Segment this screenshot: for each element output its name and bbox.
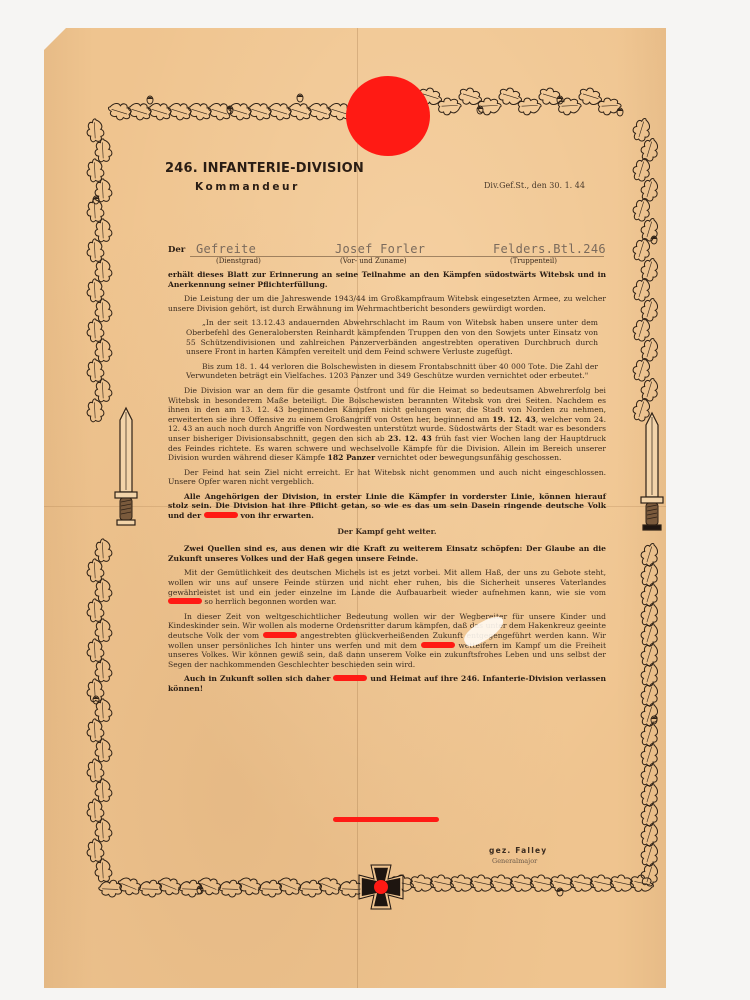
- intro-paragraph: erhält dieses Blatt zur Erinnerung an se…: [168, 270, 606, 289]
- quote-paragraph-2: Bis zum 18. 1. 44 verloren die Bolschewi…: [186, 362, 598, 381]
- document-body: erhält dieses Blatt zur Erinnerung an se…: [168, 270, 606, 699]
- redaction-mark: [263, 632, 297, 638]
- signature-rank: Generalmajor: [492, 857, 537, 865]
- p2-tanks: 182 Panzer: [328, 453, 376, 462]
- p6-text-a: Mit der Gemütlichkeit des deutschen Mich…: [168, 568, 606, 596]
- quote-paragraph-1: „In der seit 13.12.43 andauernden Abwehr…: [186, 318, 598, 356]
- paragraph-2: Die Division war an dem für die gesamte …: [168, 386, 606, 463]
- p2-date-2: 23. 12. 43: [388, 434, 432, 443]
- name-value: Josef Forler: [335, 242, 425, 256]
- dateline: Div.Gef.St., den 30. 1. 44: [484, 181, 585, 190]
- redaction-mark: [333, 675, 367, 681]
- recipient-prefix: Der: [168, 245, 185, 255]
- paragraph-5: Zwei Quellen sind es, aus denen wir die …: [168, 544, 606, 563]
- rank-caption: (Dienstgrad): [216, 257, 261, 265]
- redaction-line: [333, 817, 439, 822]
- p2-date-1: 19. 12. 43: [492, 415, 535, 424]
- paragraph-6: Mit der Gemütlichkeit des deutschen Mich…: [168, 568, 606, 606]
- paragraph-3: Der Feind hat sein Ziel nicht erreicht. …: [168, 468, 606, 487]
- rank-value: Gefreite: [196, 242, 256, 256]
- p6-text-b: so herrlich begonnen worden war.: [204, 597, 336, 606]
- office-title: Kommandeur: [195, 181, 300, 193]
- unit-caption: (Truppenteil): [510, 257, 557, 265]
- recipient-block: Der Gefreite (Dienstgrad) Josef Forler (…: [168, 242, 608, 272]
- unit-value: Felders.Btl.246: [493, 242, 606, 256]
- redaction-mark: [421, 642, 455, 648]
- name-caption: (Vor- und Zuname): [340, 257, 407, 265]
- section-heading: Der Kampf geht weiter.: [168, 527, 606, 537]
- paragraph-4: Alle Angehörigen der Division, in erster…: [168, 492, 606, 521]
- paragraph-7: In dieser Zeit von weltgeschichtlicher B…: [168, 612, 606, 670]
- p8-text-a: Auch in Zukunft sollen sich daher: [184, 674, 330, 683]
- division-title: 246. INFANTERIE-DIVISION: [165, 161, 364, 176]
- top-emblem-redaction: [346, 76, 430, 156]
- signature-name: gez. Falley: [489, 846, 547, 855]
- p4-text-b: von ihr erwarten.: [240, 511, 314, 520]
- paragraph-1: Die Leistung der um die Jahreswende 1943…: [168, 294, 606, 313]
- redaction-mark: [204, 512, 238, 518]
- p2-text-d: vernichtet oder bewegungsunfähig geschos…: [375, 453, 561, 462]
- redaction-mark: [168, 598, 202, 604]
- paragraph-8: Auch in Zukunft sollen sich daher und He…: [168, 674, 606, 693]
